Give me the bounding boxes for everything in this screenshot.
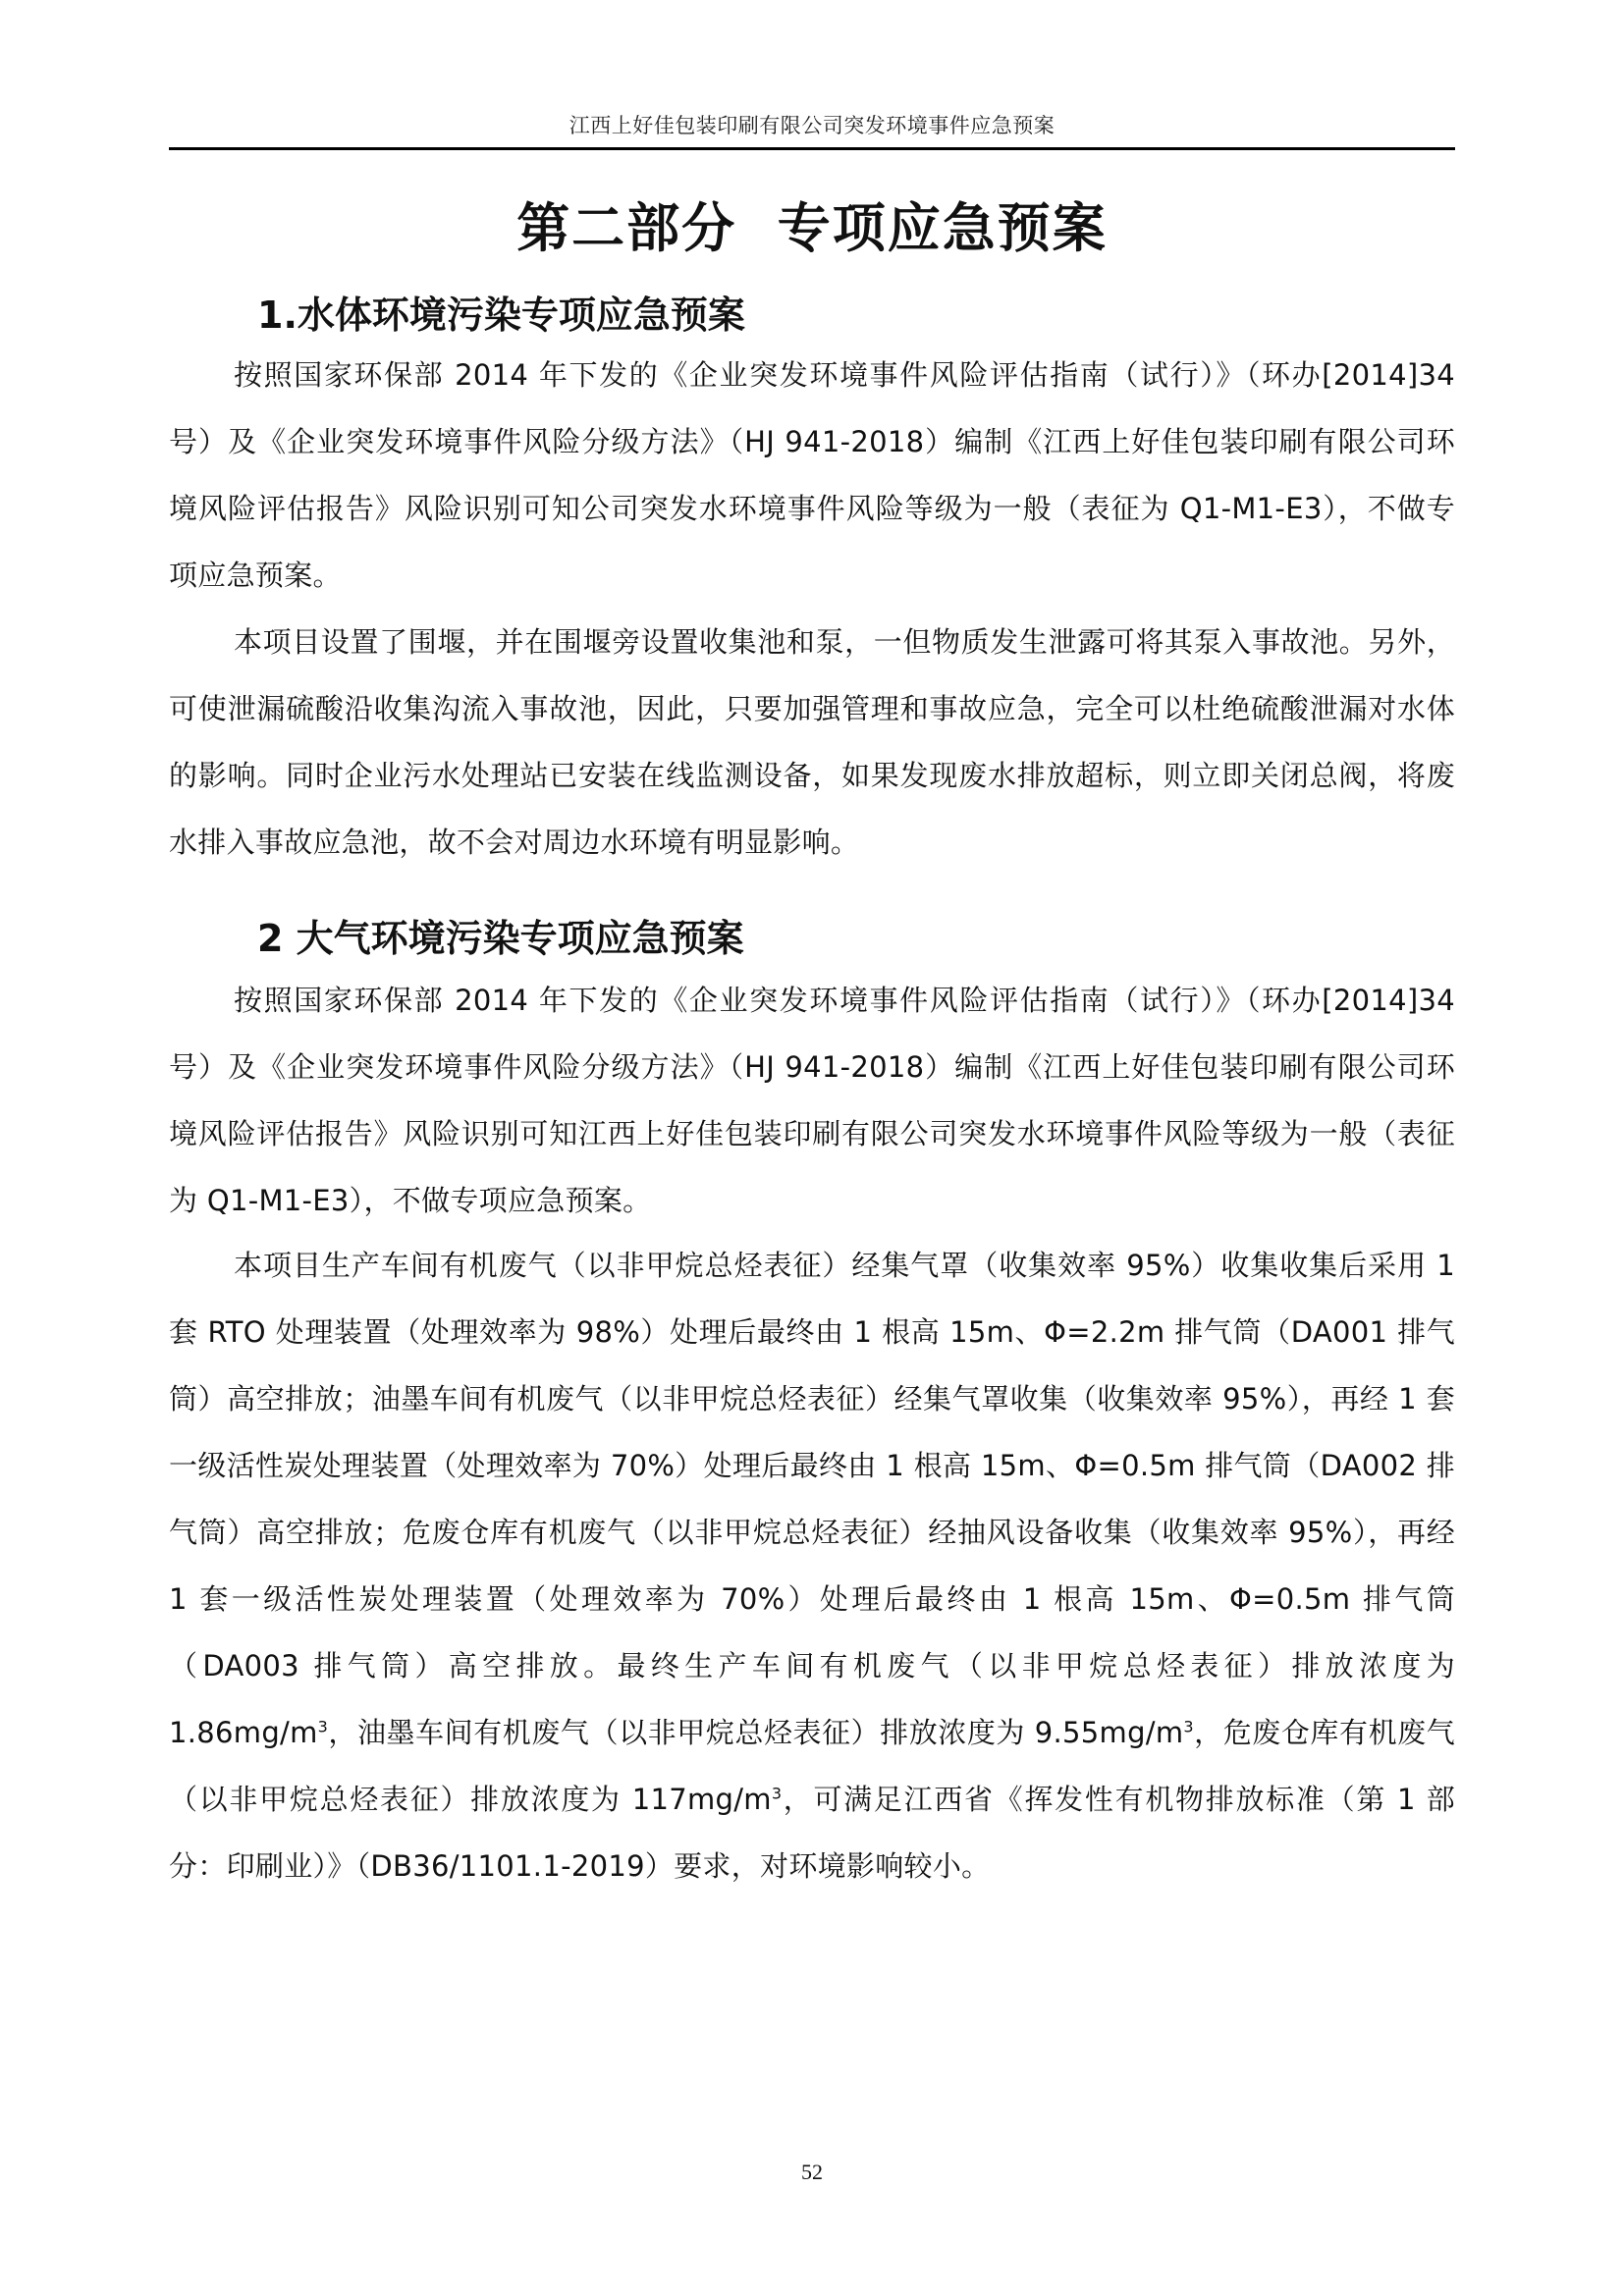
paragraph-air-emissions: 本项目生产车间有机废气（以非甲烷总烃表征）经集气罩（收集效率 95%）收集收集后…	[169, 1232, 1455, 1899]
running-header: 江西上好佳包装印刷有限公司突发环境事件应急预案	[169, 110, 1455, 139]
part-title: 第二部分 专项应急预案	[169, 187, 1455, 262]
emission-text-2: ，油墨车间有机废气（以非甲烷总烃表征）排放浓度为 9.55mg/m	[328, 1716, 1183, 1749]
emission-text-1: 本项目生产车间有机废气（以非甲烷总烃表征）经集气罩（收集效率 95%）收集收集后…	[169, 1249, 1455, 1749]
superscript-3: 3	[772, 1784, 782, 1802]
header-divider	[169, 147, 1455, 150]
paragraph-water-measures: 本项目设置了围堰，并在围堰旁设置收集池和泵，一但物质发生泄露可将其泵入事故池。另…	[169, 609, 1455, 876]
paragraph-air-basis: 按照国家环保部 2014 年下发的《企业突发环境事件风险评估指南（试行）》（环办…	[169, 967, 1455, 1234]
section-heading-air: 2 大气环境污染专项应急预案	[257, 908, 744, 962]
superscript-3: 3	[318, 1717, 328, 1735]
paragraph-water-basis: 按照国家环保部 2014 年下发的《企业突发环境事件风险评估指南（试行）》（环办…	[169, 342, 1455, 609]
superscript-3: 3	[1183, 1717, 1193, 1735]
page-number: 52	[0, 2160, 1624, 2185]
section-heading-water: 1.水体环境污染专项应急预案	[257, 285, 745, 339]
